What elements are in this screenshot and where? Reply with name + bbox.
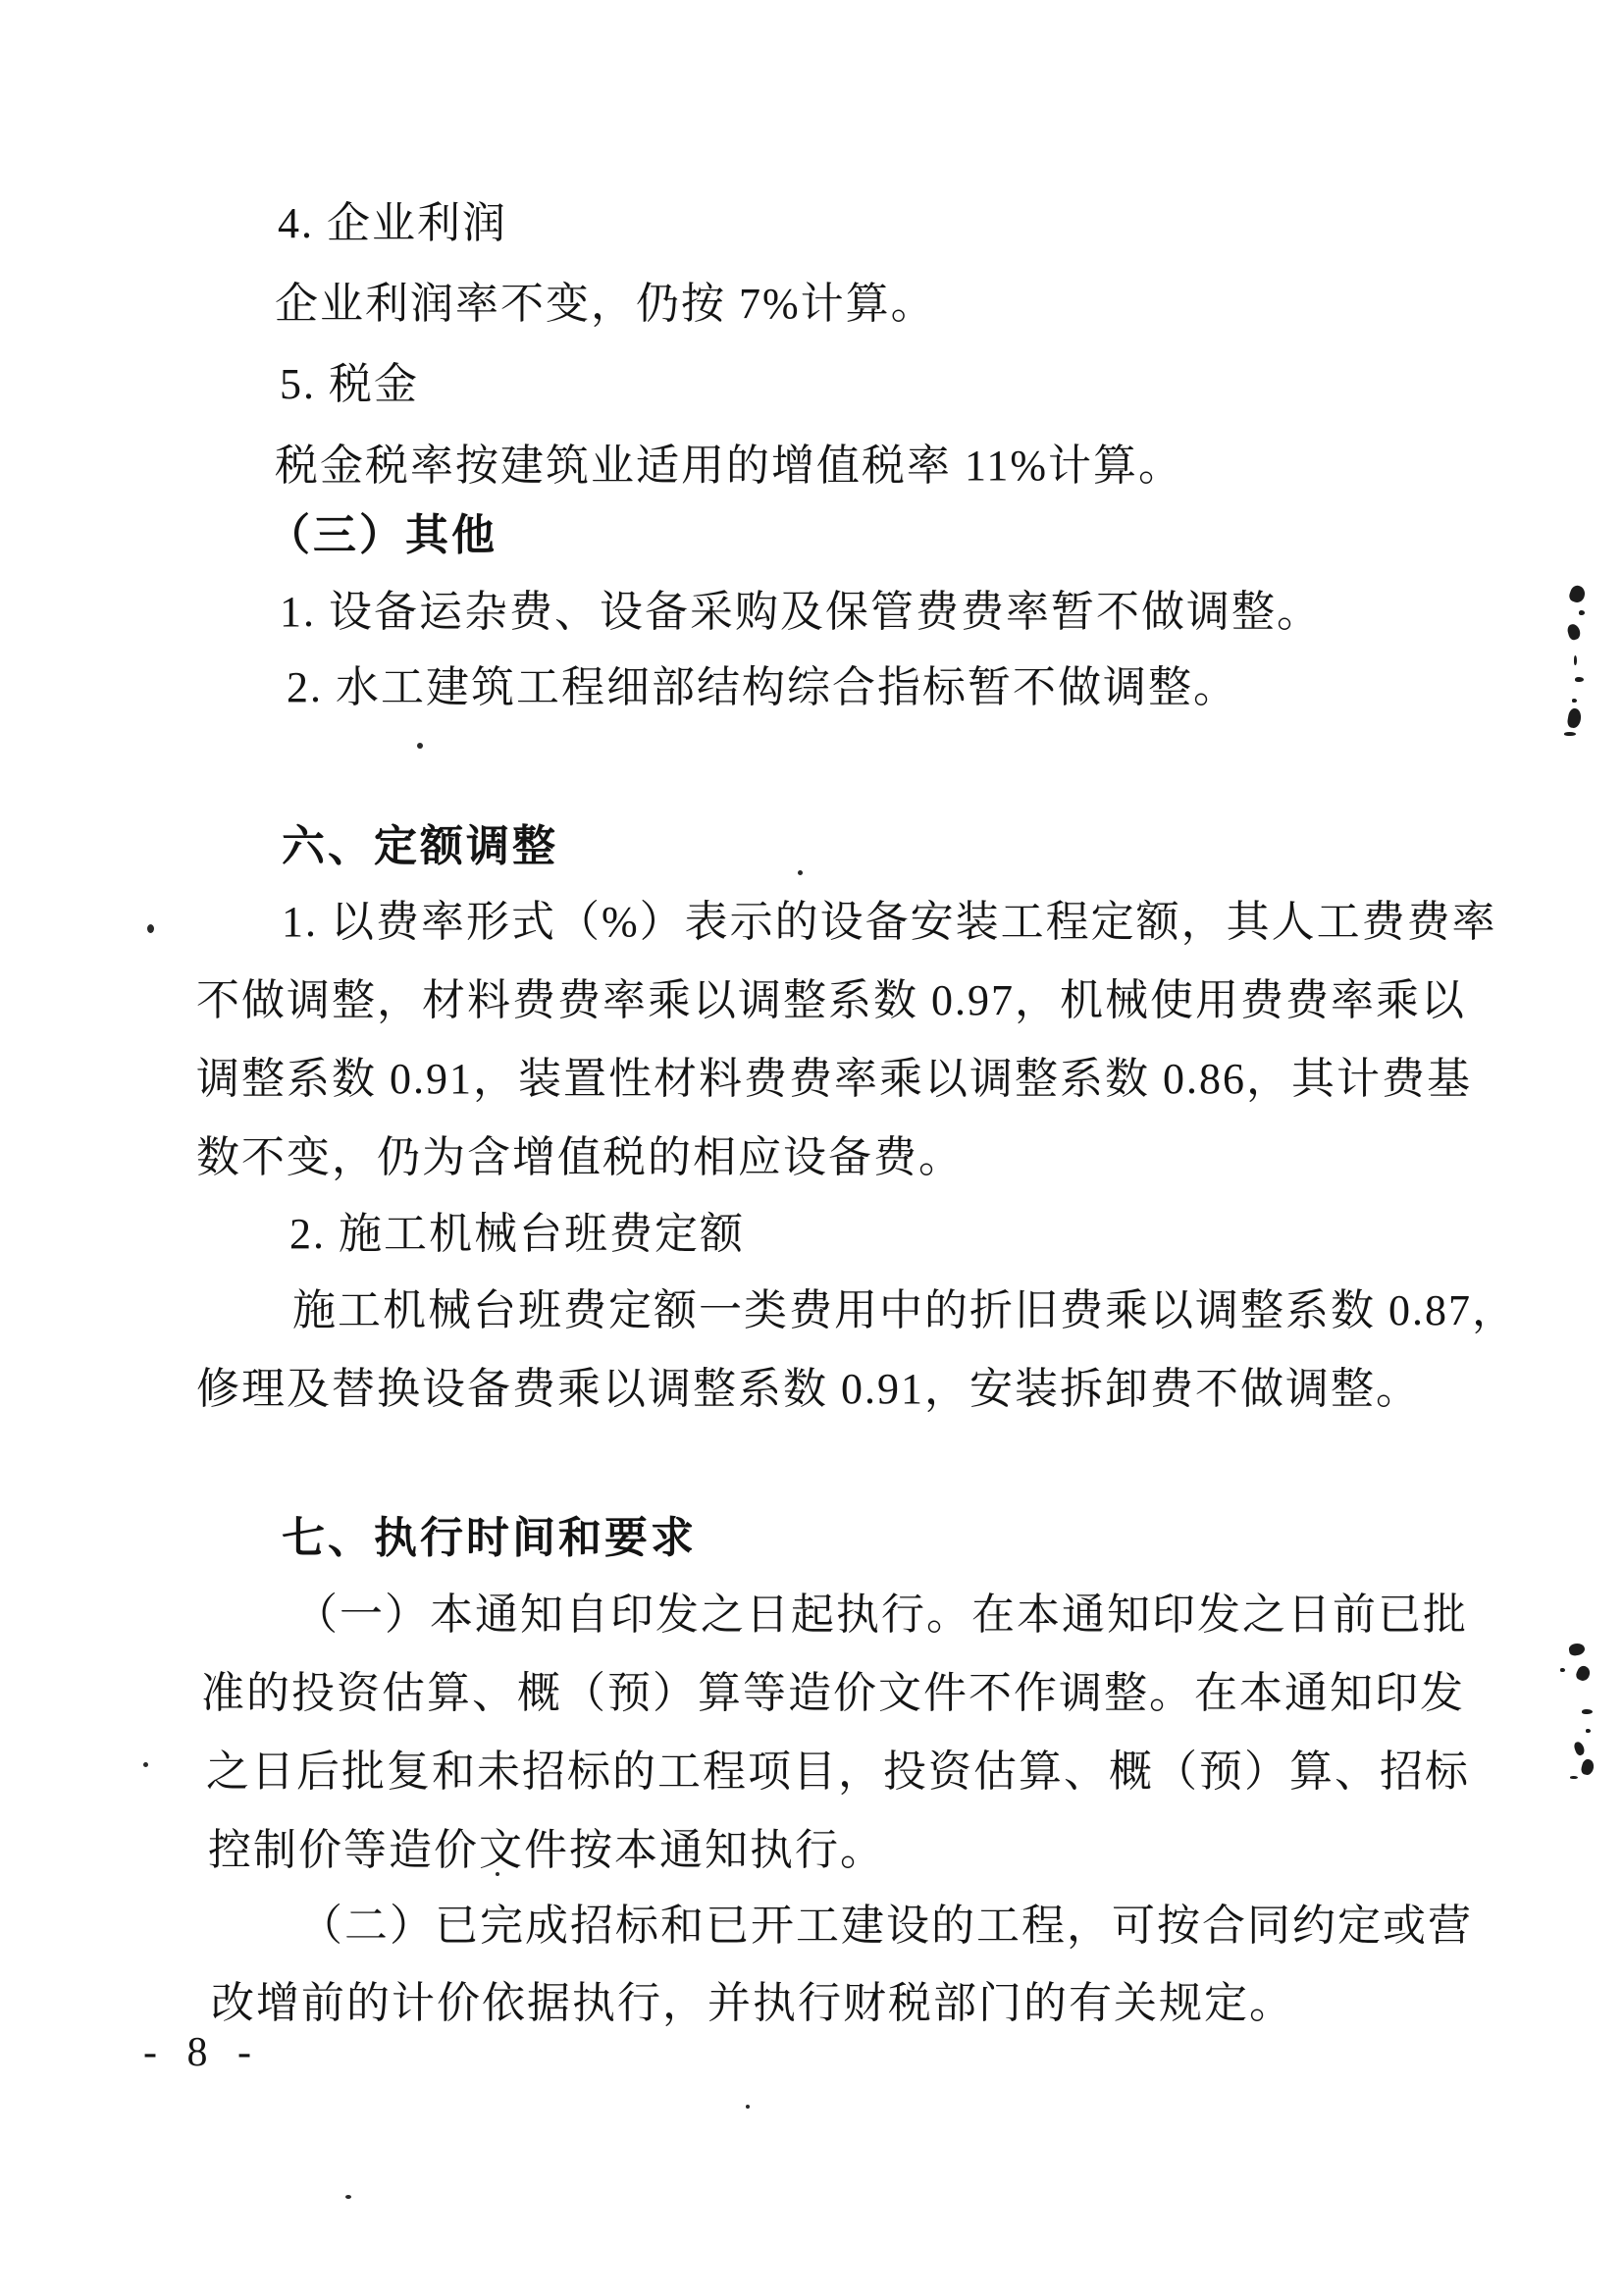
line-item5-title: 5. 税金 <box>280 357 419 412</box>
scan-speck <box>746 2105 750 2109</box>
line-s7-p1-l1: （一）本通知自印发之日起执行。在本通知印发之日前已批 <box>294 1588 1468 1643</box>
ink-smudge <box>1568 1643 1586 1657</box>
line-s6-p1-l4: 数不变，仍为含增值税的相应设备费。 <box>196 1130 964 1185</box>
line-s6-p3-l1: 施工机械台班费定额一类费用中的折旧费乘以调整系数 0.87， <box>292 1283 1517 1338</box>
line-other-1: 1. 设备运杂费、设备采购及保管费费率暂不做调整。 <box>280 585 1322 640</box>
line-s6-p2-title: 2. 施工机械台班费定额 <box>289 1207 745 1262</box>
ink-smudge <box>1586 1729 1591 1733</box>
line-item4-body: 企业利润率不变，仍按 7%计算。 <box>275 277 936 332</box>
line-s7-p2-l1: （二）已完成招标和已开工建设的工程，可按合同约定或营 <box>299 1899 1473 1954</box>
line-s6-p1-l1: 1. 以费率形式（%）表示的设备安装工程定额，其人工费费率 <box>282 895 1497 950</box>
ink-smudge <box>1560 1668 1565 1672</box>
scan-speck <box>496 1872 499 1876</box>
line-s7-p1-l4: 控制价等造价文件按本通知执行。 <box>208 1823 885 1878</box>
ink-smudge <box>1572 699 1577 703</box>
heading-section7: 七、执行时间和要求 <box>282 1511 697 1566</box>
ink-smudge <box>1579 610 1585 615</box>
ink-smudge <box>1582 1709 1593 1714</box>
heading-section6: 六、定额调整 <box>282 819 558 874</box>
line-s6-p3-l2: 修理及替换设备费乘以调整系数 0.91，安装拆卸费不做调整。 <box>196 1362 1421 1417</box>
ink-smudge <box>1568 584 1588 604</box>
scan-speck <box>147 924 154 933</box>
line-s6-p1-l3: 调整系数 0.91，装置性材料费费率乘以调整系数 0.86，其计费基 <box>196 1052 1472 1107</box>
ink-smudge <box>1575 677 1584 682</box>
line-item5-body: 税金税率按建筑业适用的增值税率 11%计算。 <box>275 439 1183 494</box>
line-s6-p1-l2: 不做调整，材料费费率乘以调整系数 0.97，机械使用费费率乘以 <box>196 973 1466 1028</box>
heading-other: （三）其他 <box>267 508 497 563</box>
line-other-2: 2. 水工建筑工程细部结构综合指标暂不做调整。 <box>287 660 1238 715</box>
scan-speck <box>143 1762 148 1767</box>
line-s7-p1-l2: 准的投资估算、概（预）算等造价文件不作调整。在本通知印发 <box>201 1666 1465 1721</box>
ink-smudge <box>1580 1758 1596 1777</box>
page-number: - 8 - <box>143 2029 261 2076</box>
line-s7-p1-l3: 之日后批复和未招标的工程项目，投资估算、概（预）算、招标 <box>206 1745 1470 1800</box>
ink-smudge <box>1573 1741 1586 1756</box>
scanned-document-page: 4. 企业利润 企业利润率不变，仍按 7%计算。 5. 税金 税金税率按建筑业适… <box>0 0 1623 2296</box>
ink-smudge <box>1574 1664 1592 1683</box>
line-s7-p2-l2: 改增前的计价依据执行，并执行财税部门的有关规定。 <box>211 1976 1294 2031</box>
ink-smudge <box>1566 707 1582 729</box>
scan-speck <box>798 870 803 875</box>
ink-smudge <box>1566 623 1582 642</box>
ink-smudge <box>1570 1776 1578 1779</box>
ink-smudge <box>1564 732 1576 736</box>
scan-speck <box>345 2195 351 2199</box>
scan-speck <box>417 743 423 749</box>
ink-smudge <box>1574 655 1577 665</box>
line-item4-title: 4. 企业利润 <box>278 196 507 251</box>
